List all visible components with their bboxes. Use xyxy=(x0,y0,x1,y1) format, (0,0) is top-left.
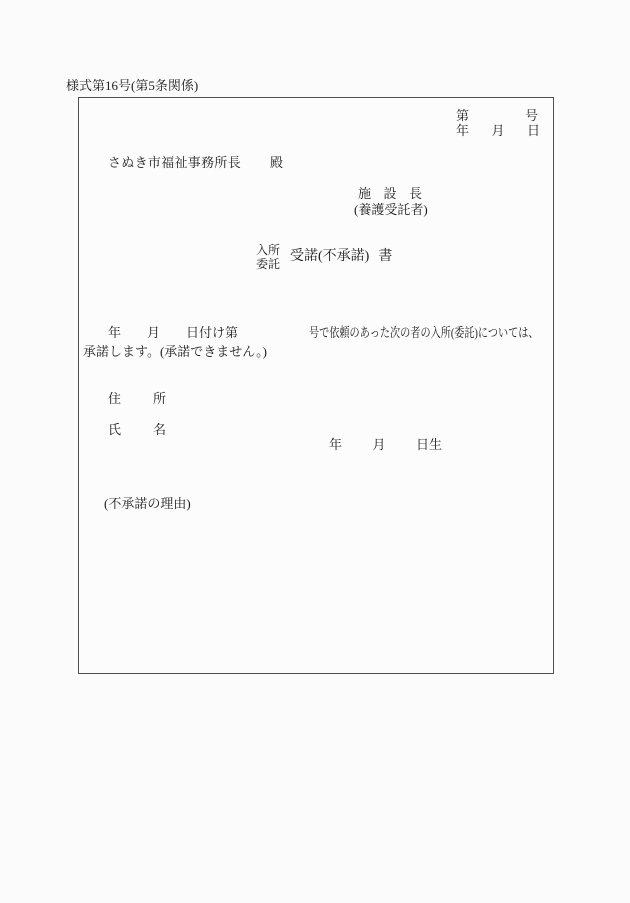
sender-title-char: 長 xyxy=(409,187,422,201)
doc-number-suffix: 号 xyxy=(525,109,538,123)
doc-number-prefix: 第 xyxy=(456,109,469,123)
address-label-char: 所 xyxy=(153,392,166,406)
doc-number-row: 第 号 xyxy=(456,109,538,123)
form-title-stack-top: 入所 xyxy=(256,243,280,257)
body-year-label: 年 xyxy=(108,326,121,340)
birthdate-row: 年 月 日生 xyxy=(329,438,442,452)
form-title: 入所 委託 受諾(不承諾) 書 xyxy=(256,243,392,271)
rejection-reason-label: (不承諾の理由) xyxy=(104,497,191,511)
addressee-name: さぬき市福祉事務所長 xyxy=(108,156,241,170)
sender-title: 施 設 長 xyxy=(358,187,422,201)
sender-title-char: 施 xyxy=(358,187,371,201)
address-field-label: 住 所 xyxy=(108,392,166,406)
addressee-honorific: 殿 xyxy=(270,156,283,170)
name-label-char: 名 xyxy=(153,423,166,437)
body-text-line1: 号で依頼のあった次の者の入所(委託)については、 xyxy=(309,326,539,340)
name-label-char: 氏 xyxy=(108,423,121,437)
sender-subtitle: (養護受託者) xyxy=(354,203,428,217)
form-border-box: 第 号 年 月 日 さぬき市福祉事務所長 殿 施 設 長 (養護受託者) 入所 … xyxy=(78,97,554,674)
document-page: 様式第16号(第5条関係) 第 号 年 月 日 さぬき市福祉事務所長 殿 施 設… xyxy=(0,0,630,903)
body-date-number-label: 日付け第 xyxy=(186,326,238,340)
date-row: 年 月 日 xyxy=(456,124,540,138)
date-day-label: 日 xyxy=(527,124,540,138)
body-month-label: 月 xyxy=(147,326,160,340)
form-title-main: 受諾(不承諾) xyxy=(290,249,369,264)
birth-year-label: 年 xyxy=(329,438,342,452)
form-style-number: 様式第16号(第5条関係) xyxy=(66,79,198,93)
address-label-char: 住 xyxy=(108,392,121,406)
form-title-suffix: 書 xyxy=(378,249,392,264)
form-title-stack: 入所 委託 xyxy=(256,243,280,271)
date-month-label: 月 xyxy=(491,124,504,138)
birth-month-label: 月 xyxy=(372,438,385,452)
sender-title-char: 設 xyxy=(383,187,396,201)
name-field-label: 氏 名 xyxy=(108,423,166,437)
birth-day-label: 日生 xyxy=(416,438,442,452)
date-year-label: 年 xyxy=(456,124,469,138)
form-title-stack-bottom: 委託 xyxy=(256,257,280,271)
body-text-line2: 承諾します。(承諾できません。) xyxy=(83,345,267,359)
